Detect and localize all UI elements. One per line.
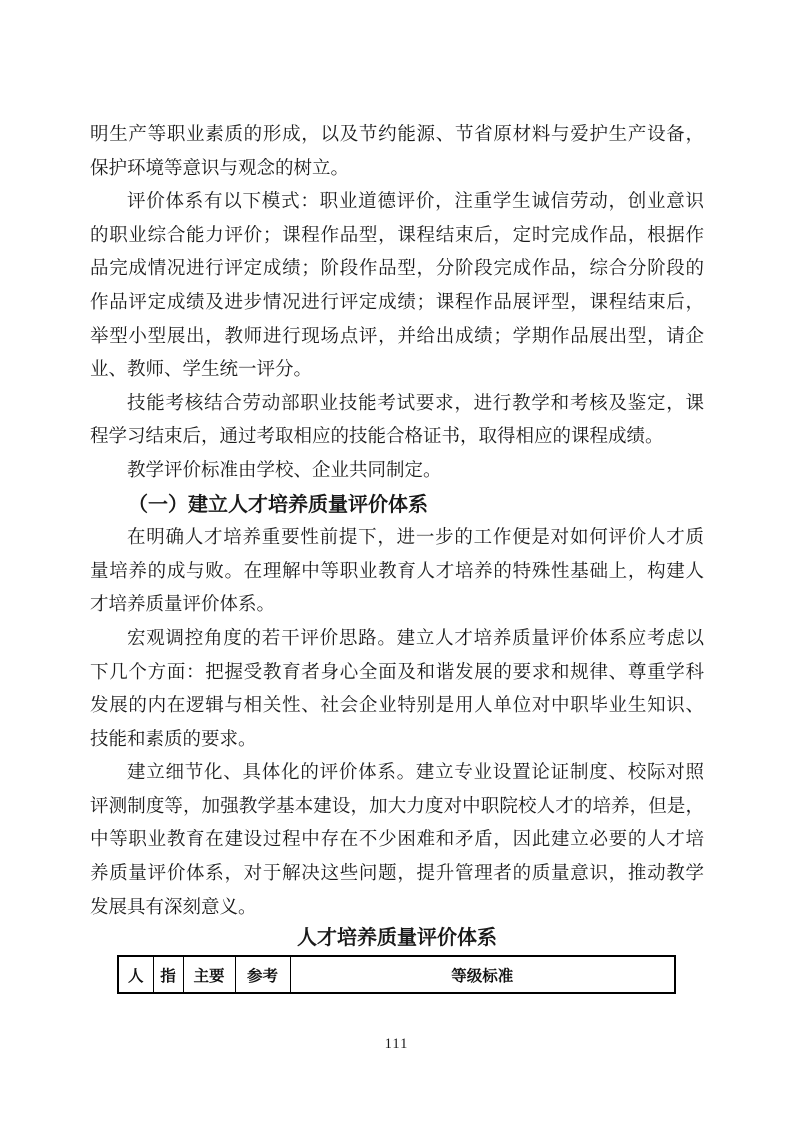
document-content: 明生产等职业素质的形成，以及节约能源、节省原材料与爱护生产设备，保护环境等意识与…: [90, 119, 704, 994]
table-header-cell: 主要: [183, 956, 235, 993]
body-line: 才培养质量评价体系。: [90, 589, 704, 623]
body-line: 宏观调控角度的若干评价思路。建立人才培养质量评价体系应考虑以: [90, 623, 704, 657]
body-line: 的职业综合能力评价；课程作品型，课程结束后，定时完成作品，根据作: [90, 220, 704, 254]
document-page: 明生产等职业素质的形成，以及节约能源、节省原材料与爱护生产设备，保护环境等意识与…: [0, 0, 793, 1122]
body-line: 保护环境等意识与观念的树立。: [90, 153, 704, 187]
body-line: 建立细节化、具体化的评价体系。建立专业设置论证制度、校际对照: [90, 757, 704, 791]
body-line: 教学评价标准由学校、企业共同制定。: [90, 455, 704, 489]
body-line: 在明确人才培养重要性前提下，进一步的工作便是对如何评价人才质: [90, 522, 704, 556]
body-line: 中等职业教育在建设过程中存在不少困难和矛盾，因此建立必要的人才培: [90, 824, 704, 858]
body-line: 发展的内在逻辑与相关性、社会企业特别是用人单位对中职毕业生知识、: [90, 690, 704, 724]
table-header-cell: 人: [118, 956, 153, 993]
page-number: 111: [0, 1036, 793, 1053]
body-line: 业、教师、学生统一评分。: [90, 354, 704, 388]
table-header-cell: 参考: [235, 956, 290, 993]
body-line: 下几个方面：把握受教育者身心全面及和谐发展的要求和规律、尊重学科: [90, 657, 704, 691]
table-header-cell: 指: [153, 956, 183, 993]
body-line: 量培养的成与败。在理解中等职业教育人才培养的特殊性基础上，构建人: [90, 556, 704, 590]
table-title: 人才培养质量评价体系: [90, 926, 704, 951]
table-header-row: 人指主要参考等级标准: [118, 956, 675, 993]
table-header-cell: 等级标准: [290, 956, 675, 993]
body-line: 评价体系有以下模式：职业道德评价，注重学生诚信劳动，创业意识: [90, 186, 704, 220]
body-line: 明生产等职业素质的形成，以及节约能源、节省原材料与爱护生产设备，: [90, 119, 704, 153]
body-line: 作品评定成绩及进步情况进行评定成绩；课程作品展评型，课程结束后，: [90, 287, 704, 321]
body-line: 技能考核结合劳动部职业技能考试要求，进行教学和考核及鉴定，课: [90, 388, 704, 422]
body-line: 程学习结束后，通过考取相应的技能合格证书，取得相应的课程成绩。: [90, 421, 704, 455]
body-line: 评测制度等，加强教学基本建设，加大力度对中职院校人才的培养，但是，: [90, 791, 704, 825]
body-line: 品完成情况进行评定成绩；阶段作品型，分阶段完成作品，综合分阶段的: [90, 253, 704, 287]
body-line: 举型小型展出，教师进行现场点评，并给出成绩；学期作品展出型，请企: [90, 321, 704, 355]
body-line: 技能和素质的要求。: [90, 724, 704, 758]
body-text: 明生产等职业素质的形成，以及节约能源、节省原材料与爱护生产设备，保护环境等意识与…: [90, 119, 704, 925]
evaluation-table: 人指主要参考等级标准: [117, 955, 676, 994]
section-heading: （一）建立人才培养质量评价体系: [90, 489, 704, 523]
body-line: 发展具有深刻意义。: [90, 892, 704, 926]
body-line: 养质量评价体系，对于解决这些问题，提升管理者的质量意识，推动教学: [90, 858, 704, 892]
